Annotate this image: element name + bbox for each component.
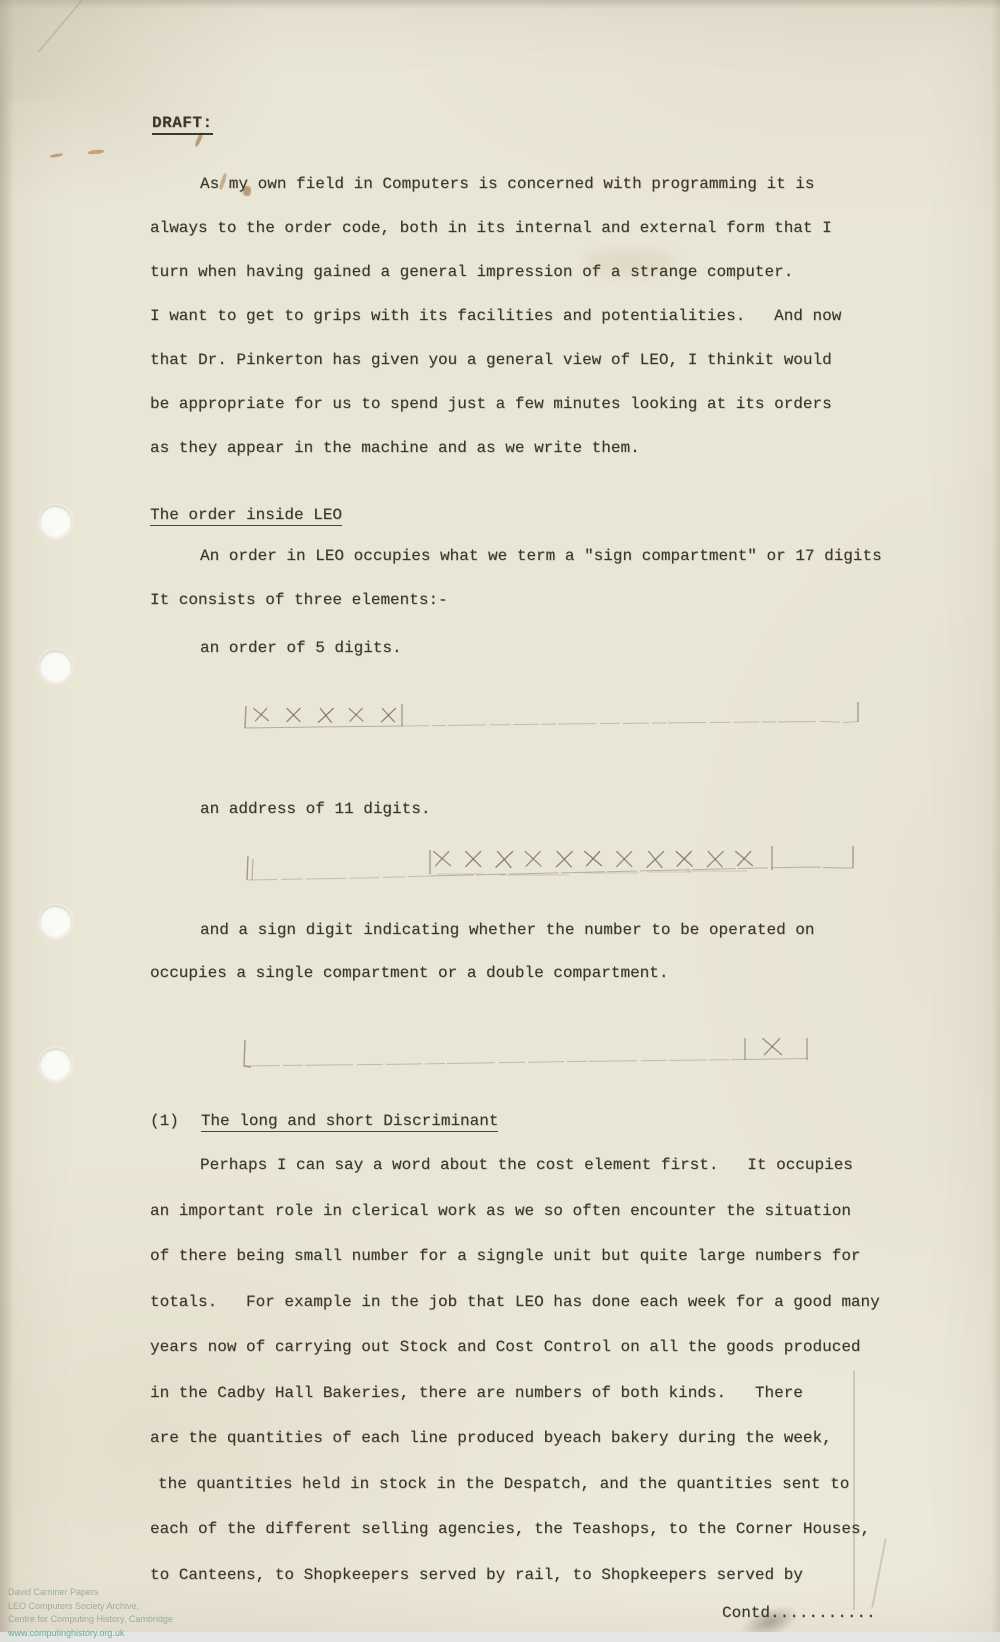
- text-line: an order of 5 digits.: [150, 626, 910, 670]
- text-line: that Dr. Pinkerton has given you a gener…: [150, 338, 910, 382]
- punch-hole: [39, 505, 72, 538]
- sign-digit-diagram: [215, 1024, 865, 1074]
- section-heading-discriminant: (1)The long and short Discriminant: [150, 1099, 910, 1143]
- punch-hole: [39, 1048, 72, 1081]
- order-element-item: an order of 5 digits.: [150, 626, 910, 670]
- text-line: It consists of three elements:-: [150, 578, 910, 622]
- archive-watermark: David Caminer PapersLEO Computers Societ…: [8, 1586, 173, 1640]
- discriminant-paragraph: Perhaps I can say a word about the cost …: [150, 1143, 910, 1598]
- text-line: in the Cadby Hall Bakeries, there are nu…: [150, 1371, 910, 1417]
- text-line: be appropriate for us to spend just a fe…: [150, 382, 910, 426]
- order-description-paragraph: An order in LEO occupies what we term a …: [150, 534, 910, 622]
- text-line: years now of carrying out Stock and Cost…: [150, 1325, 910, 1371]
- punch-hole: [39, 905, 72, 938]
- text-line: are the quantities of each line produced…: [150, 1416, 910, 1462]
- text-line: and a sign digit indicating whether the …: [150, 909, 910, 952]
- address-element-item: an address of 11 digits.: [150, 787, 910, 831]
- text-line: turn when having gained a general impres…: [150, 250, 910, 294]
- text-line: www.computinghistory.org.uk: [8, 1627, 173, 1641]
- text-line: each of the different selling agencies, …: [150, 1507, 910, 1553]
- text-line: David Caminer Papers: [8, 1586, 173, 1600]
- digit-marks: [763, 1039, 782, 1055]
- stain: [50, 153, 63, 158]
- text-line: Perhaps I can say a word about the cost …: [150, 1143, 910, 1189]
- text-line: An order in LEO occupies what we term a …: [150, 534, 910, 578]
- text-line: I want to get to grips with its faciliti…: [150, 294, 910, 338]
- text-line: always to the order code, both in its in…: [150, 206, 910, 250]
- text-line: the quantities held in stock in the Desp…: [150, 1462, 910, 1508]
- stain: [88, 149, 104, 155]
- text-line: As my own field in Computers is concerne…: [150, 162, 910, 206]
- section-title: The long and short Discriminant: [201, 1112, 499, 1132]
- sign-digit-paragraph: and a sign digit indicating whether the …: [150, 909, 910, 995]
- scanned-document-page: DRAFT: As my own field in Computers is c…: [0, 0, 1000, 1642]
- digit-marks: [254, 709, 396, 723]
- intro-paragraph: As my own field in Computers is concerne…: [150, 162, 910, 470]
- text-line: LEO Computers Society Archive,: [8, 1600, 173, 1614]
- punch-hole: [39, 650, 72, 683]
- text-line: Centre for Computing History, Cambridge: [8, 1613, 173, 1627]
- corner-crease: [0, 0, 150, 100]
- digit-marks: [434, 852, 753, 868]
- text-line: an important role in clerical work as we…: [150, 1189, 910, 1235]
- text-line: occupies a single compartment or a doubl…: [150, 952, 910, 995]
- section-heading-order-inside-leo: The order inside LEO: [150, 493, 910, 537]
- draft-label: DRAFT:: [152, 101, 912, 145]
- order-digits-diagram: [215, 692, 865, 736]
- text-line: as they appear in the machine and as we …: [150, 426, 910, 470]
- text-line: totals. For example in the job that LEO …: [150, 1280, 910, 1326]
- text-line: an address of 11 digits.: [150, 787, 910, 831]
- text-line: of there being small number for a signgl…: [150, 1234, 910, 1280]
- section-number: (1): [150, 1112, 179, 1130]
- address-digits-diagram: [215, 834, 865, 884]
